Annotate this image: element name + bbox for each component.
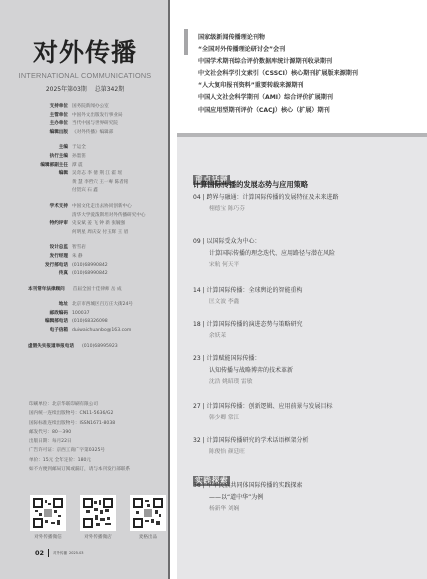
section-title: 计算国际传播的发展态势与应用策略 (193, 180, 308, 190)
toc-article[interactable]: 32 | 计算国际传播研究的学术话语框架分析 陈俊怡 颜廷旺 (193, 435, 309, 458)
credit-row: 执行主编孙墨笛 (0, 153, 170, 162)
masthead-panel: 对外传播 INTERNATIONAL COMMUNICATIONS 2025年第… (0, 0, 170, 579)
toc-article[interactable]: 23 | 计算赋能国际传播： 认知传播与战略博弈的技术革新 沈浩 姚昭璞 雷敏 (193, 353, 293, 388)
footer-date: 2025.03 (69, 551, 83, 555)
credit-row: 学术支持中国文化走出去协同创新中心 (0, 203, 170, 212)
credit-row: 何明星 周庆安 付玉辉 王 眉 (0, 229, 170, 238)
credit-row: 编辑部副主任潭 震 (0, 162, 170, 171)
credit-row: 主管单位中国外文出版发行事业局 (0, 112, 170, 121)
footer-journal: 对外传播 (53, 551, 67, 556)
credit-row: 编辑出版《对外传播》编辑部 (0, 129, 170, 138)
credit-row: 付贺宾 石 鑫 (0, 187, 170, 196)
credits-list: 支持单位国务院新闻办公室 主管单位中国外文出版发行事业局 主办单位当代中国与世界… (0, 103, 170, 351)
qr-code-icon (30, 495, 66, 531)
page-footer: 02 对外传播 2025.03 (35, 549, 84, 557)
footer-divider (48, 549, 49, 557)
qr-code-icon (80, 495, 116, 531)
issue-number: 2025年第03期 (46, 86, 87, 93)
credit-row: 发行经理朱 静 (0, 253, 170, 262)
toc-article[interactable]: 36 | 中华民族共同体国际传播的实践探索 ——以“道中华”为例 杨新华 刘娴 (193, 480, 303, 515)
email-row: 电子信箱duiwaichuanbo@163.com (0, 327, 170, 336)
credit-row: 设计总监智雪岩 (0, 244, 170, 253)
journal-english-title: INTERNATIONAL COMMUNICATIONS (0, 71, 170, 80)
legal-advisor-row: 本刊常年法律顾问首届全国十佳律师 岳 成 (0, 286, 170, 295)
tag-accent-bar (184, 29, 198, 55)
masthead: 对外传播 INTERNATIONAL COMMUNICATIONS 2025年第… (0, 38, 170, 93)
credit-row: 传真(010)68990842 (0, 270, 170, 279)
qr-shop[interactable]: 对外传播微店 (80, 495, 116, 540)
tag-item: “全国对外传播理论研讨会”会刊 (198, 44, 358, 56)
credit-row: 地址北京市西城区百万庄大街24号 (0, 301, 170, 310)
toc-article[interactable]: 09 | 以国际受众为中心： 计算国际传播的理念迭代、应用路径与潜在风险 宋航 … (193, 236, 335, 271)
credit-row: 黄 慧 李哲穴 王一專 陈者铭 (0, 179, 170, 188)
table-of-contents: 重点话题 计算国际传播的发展态势与应用策略 04 | 跨界与融通：计算国际传播的… (177, 133, 427, 579)
report-hotline-row: 虚假失实报道举报电话(010)68995923 (0, 343, 170, 352)
credit-row: 特约评审史安斌 姜 飞 钟 新 张毓强 (0, 220, 170, 229)
toc-article[interactable]: 14 | 计算国际传播：全球舆论的智能重构 匡文波 李鑫 (193, 285, 303, 308)
total-issue-number: 总第342期 (95, 86, 124, 93)
credit-row: 支持单位国务院新闻办公室 (0, 103, 170, 112)
qr-codes: 对外传播微信 对外传播微店 麦格出品 (30, 495, 166, 540)
journal-title: 对外传播 (0, 38, 170, 68)
credit-row: 主办单位当代中国与世界研究院 (0, 120, 170, 129)
print-info: 印刷单位：北京华联印刷有限公司 国内统一连续出版物号：CN11-5636/G2 … (29, 400, 130, 474)
credit-row: 主编于运全 (0, 144, 170, 153)
qr-wechat[interactable]: 对外传播微信 (30, 495, 66, 540)
tag-item: 中国应用型期刊评价（CACJ）核心（扩展）期刊 (198, 105, 358, 117)
issue-info: 2025年第03期 总第342期 (0, 84, 170, 93)
qr-code-icon (130, 495, 166, 531)
toc-article[interactable]: 27 | 计算国际传播：创新逻辑、应用前景与发展目标 韩少卿 常江 (193, 401, 333, 424)
credit-row: 编辑吴奇志 李 倩 荆 江 霍 瑶 (0, 170, 170, 179)
tag-item: 中国人文社会科学期刊（AMI）综合评价扩展期刊 (198, 92, 358, 104)
tag-item: 中文社会科学引文索引（CSSCI）核心期刊扩展版来源期刊 (198, 68, 358, 80)
toc-article[interactable]: 04 | 跨界与融通：计算国际传播的发展特征及未来进路 栩德宝 陈巧芬 (193, 192, 339, 215)
tag-item: 国家级新闻传播理论刊物 (198, 32, 358, 44)
tag-item: 中国学术期刊综合评价数据库统计源期刊收录期刊 (198, 56, 358, 68)
contents-panel: 国家级新闻传播理论刊物 “全国对外传播理论研讨会”会刊 中国学术期刊综合评价数据… (172, 0, 427, 579)
credit-row: 发行部电话(010)68990842 (0, 262, 170, 271)
toc-article[interactable]: 18 | 计算国际传播的演进态势与策略研究 余妖茉 (193, 319, 303, 342)
credit-row: 编辑部电话(010)68326098 (0, 318, 170, 327)
tag-item: “人大复印报刊资料”重要转载来源期刊 (198, 80, 358, 92)
indexing-tags: 国家级新闻传播理论刊物 “全国对外传播理论研讨会”会刊 中国学术期刊综合评价数据… (198, 32, 358, 117)
credit-row: 清华大学爱泼斯坦对外传播研究中心 (0, 212, 170, 221)
qr-mage[interactable]: 麦格出品 (130, 495, 166, 540)
page-number: 02 (35, 549, 44, 557)
credit-row: 邮政编码100037 (0, 310, 170, 319)
